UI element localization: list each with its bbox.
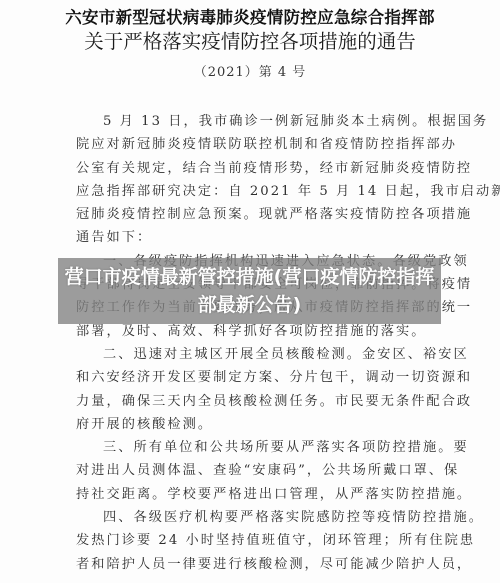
- body-line: 二、迅速对主城区开展全员核酸检测。金安区、裕安区: [76, 343, 426, 366]
- issuer-heading: 六安市新型冠状病毒肺炎疫情防控应急综合指挥部: [0, 8, 500, 28]
- body-line: 和六安经济开发区要制定方案、分片包干，调动一切资源和: [76, 366, 426, 389]
- body-line: 四、各级医疗机构要严格落实院感防控等疫情防控措施。: [76, 506, 426, 529]
- document-number: （2021）第 4 号: [0, 64, 500, 82]
- body-line: 通告如下：: [76, 226, 426, 249]
- body-line: 院应对新冠肺炎疫情联防联控机制和省疫情防控指挥部办: [76, 133, 426, 156]
- caption-title: 营口市疫情最新管控措施(营口疫情防控指挥部最新公告): [58, 258, 441, 324]
- body-line: 府开展的核酸检测。: [76, 413, 426, 436]
- body-line: 对进出人员测体温、查验“安康码”，公共场所戴口罩、保: [76, 459, 426, 482]
- body-line: 应急指挥部研究决定：自 2021 年 5 月 14 日起，我市启动新: [76, 180, 426, 203]
- body-line: 三、所有单位和公共场所要从严落实各项防控措施。要: [76, 436, 426, 459]
- body-line: 者和陪护人员一律要进行核酸检测，尽可能减少陪护人员，: [76, 553, 426, 576]
- body-line: 冠肺炎疫情控制应急预案。现就严格落实疫情防控各项措施: [76, 203, 426, 226]
- body-line: 发热门诊要 24 小时坚持值班值守，闭环管理；所有住院患: [76, 529, 426, 552]
- body-line: 持社交距离。学校要严格进出口管理，从严落实防控措施。: [76, 483, 426, 506]
- body-line: 力量，确保三天内全员核酸检测任务。市民要无条件配合政: [76, 390, 426, 413]
- notice-body: 5 月 13 日，我市确诊一例新冠肺炎本土病例。根据国务 院应对新冠肺炎疫情联防…: [76, 110, 426, 576]
- body-line: 公室有关规定，结合当前疫情形势，经市新冠肺炎疫情防控: [76, 157, 426, 180]
- body-line: 5 月 13 日，我市确诊一例新冠肺炎本土病例。根据国务: [76, 110, 426, 133]
- notice-title: 关于严格落实疫情防控各项措施的通告: [0, 30, 500, 54]
